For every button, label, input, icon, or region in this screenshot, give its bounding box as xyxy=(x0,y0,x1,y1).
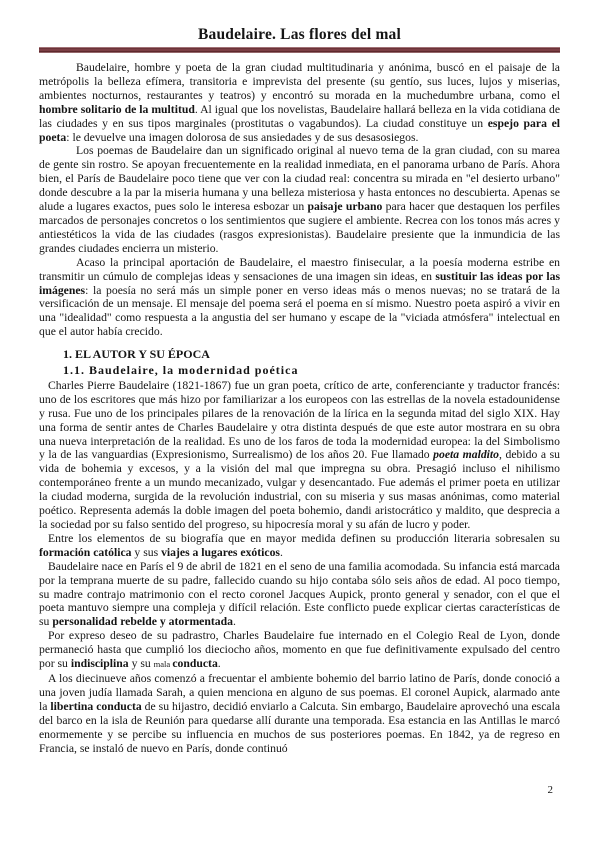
title-rule-divider xyxy=(39,47,560,53)
text-run: y sus xyxy=(132,546,162,559)
heading-author-epoch: 1. EL AUTOR Y SU ÉPOCA xyxy=(63,348,560,362)
text-run: personalidad rebelde y atormentada xyxy=(52,615,233,628)
biography-paragraph-5: A los diecinueve años comenzó a frecuent… xyxy=(39,672,560,755)
text-run: Entre los elementos de su biografía que … xyxy=(48,532,560,545)
text-run: conducta xyxy=(172,657,217,670)
text-run: libertina conducta xyxy=(50,700,141,713)
document-title: Baudelaire. Las flores del mal xyxy=(39,26,560,44)
biography-paragraph-3: Baudelaire nace en París el 9 de abril d… xyxy=(39,560,560,630)
text-run: viajes a lugares exóticos xyxy=(161,546,280,559)
heading-modernidad-poetica: 1.1. Baudelaire, la modernidad poética xyxy=(63,364,560,378)
biography-paragraph-2: Entre los elementos de su biografía que … xyxy=(39,532,560,560)
text-run: . xyxy=(218,657,221,670)
document-page: Baudelaire. Las flores del mal Baudelair… xyxy=(0,0,599,848)
intro-paragraph-1: Baudelaire, hombre y poeta de la gran ci… xyxy=(39,61,560,144)
text-run: . xyxy=(233,615,236,628)
text-run: mala xyxy=(154,659,173,669)
biography-paragraph-1: Charles Pierre Baudelaire (1821-1867) fu… xyxy=(39,379,560,532)
text-run: formación católica xyxy=(39,546,132,559)
text-run: indisciplina xyxy=(71,657,129,670)
intro-paragraph-2: Los poemas de Baudelaire dan un signific… xyxy=(39,144,560,255)
page-number: 2 xyxy=(548,784,554,796)
document-body: Baudelaire, hombre y poeta de la gran ci… xyxy=(39,61,560,755)
intro-paragraph-3: Acaso la principal aportación de Baudela… xyxy=(39,256,560,339)
text-run: Baudelaire, hombre y poeta de la gran ci… xyxy=(39,61,560,102)
text-run: paisaje urbano xyxy=(308,200,383,213)
text-run: : la poesía no será más un simple poner … xyxy=(39,284,560,339)
text-run: : le devuelve una imagen dolorosa de sus… xyxy=(66,131,418,144)
text-run: y su xyxy=(129,657,154,670)
text-run: . xyxy=(280,546,283,559)
biography-paragraph-4: Por expreso deseo de su padrastro, Charl… xyxy=(39,629,560,672)
text-run: hombre solitario de la multitud xyxy=(39,103,195,116)
text-run: poeta maldito xyxy=(433,448,499,461)
